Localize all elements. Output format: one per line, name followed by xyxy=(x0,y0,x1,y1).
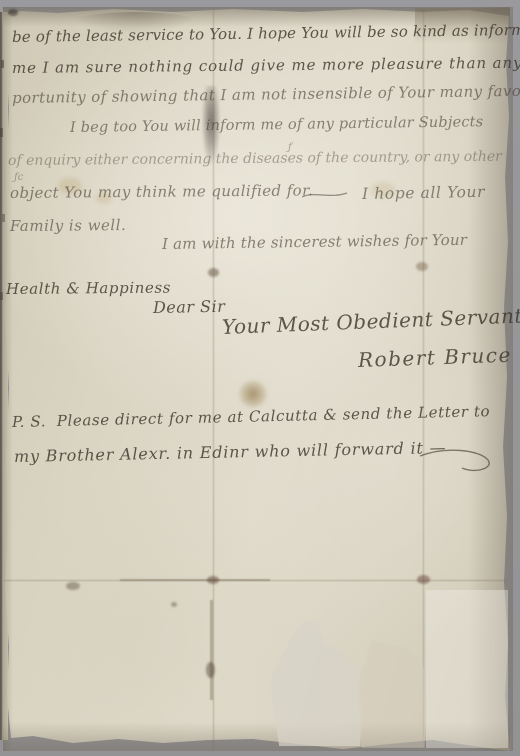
handwritten-line: of enquiry either concerning the disease… xyxy=(8,150,502,168)
insertion-mark: ƒc xyxy=(14,173,23,183)
signature: Robert Bruce xyxy=(358,345,512,370)
handwritten-line: I hope all Your xyxy=(362,185,485,203)
insertion-mark: ƒ xyxy=(288,143,292,153)
handwritten-line: Family is well. xyxy=(10,218,126,234)
scanned-letter-photo: be of the least service to You. I hope Y… xyxy=(0,0,520,756)
paper-patch xyxy=(426,590,508,748)
handwritten-line: Health & Happiness xyxy=(6,281,171,297)
underlying-page-edge xyxy=(0,12,8,740)
handwritten-line: I am with the sincerest wishes for Your xyxy=(162,233,467,252)
handwritten-line: object You may think me qualified for. xyxy=(10,183,313,201)
salutation: Dear Sir xyxy=(153,299,226,316)
